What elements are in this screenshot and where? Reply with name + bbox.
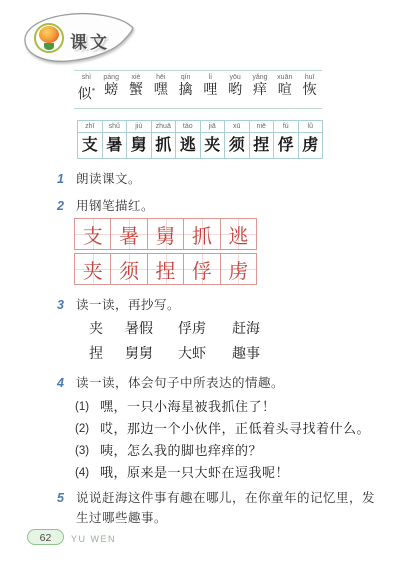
vocab-table-item: zhuā 抓	[152, 121, 177, 158]
sentence-item: (3) 咦，怎么我的脚也痒痒的？	[75, 440, 400, 462]
exercise-2: 2 用钢笔描红。	[57, 196, 376, 216]
tracing-cell: 逃	[221, 219, 256, 249]
tracing-cell: 抓	[184, 219, 220, 249]
tracing-cell: 舅	[148, 219, 184, 249]
vocab-line-item: xuān 喧	[273, 73, 297, 105]
vocab-table-item: shǔ 暑	[103, 121, 128, 158]
sentence-number: (4)	[75, 462, 100, 484]
copy-word: 暑假	[125, 320, 178, 340]
vocab-line-item: páng 螃	[99, 73, 123, 105]
sentence-number: (1)	[75, 396, 100, 418]
vocab-table-item: táo 逃	[176, 121, 201, 158]
logo-fruit-icon	[39, 26, 59, 43]
vocab-line-item: shì 似*	[74, 73, 98, 105]
sentence-item: (2) 哎，那边一个小伙伴，正低着头寻找着什么。	[75, 418, 400, 440]
vocab-line-item: li 哩	[198, 73, 222, 105]
logo-leaf-icon	[44, 43, 54, 50]
vocab-table-item: jiù 舅	[127, 121, 152, 158]
sentence-number: (3)	[75, 440, 100, 462]
exercise-text: 读一读，体会句子中所表达的情趣。	[76, 373, 284, 393]
exercise-text: 用钢笔描红。	[76, 196, 154, 216]
exercise-text: 读一读，再抄写。	[76, 295, 180, 315]
sentence-item: (4) 哦，原来是一只大虾在逗我呢！	[75, 462, 400, 484]
exercise-4: 4 读一读，体会句子中所表达的情趣。	[57, 373, 376, 393]
exercise-number: 5	[57, 488, 76, 528]
vocab-line-item: yōu 哟	[223, 73, 247, 105]
tracing-cell: 须	[111, 254, 147, 284]
vocab-table-item: jiā 夹	[201, 121, 226, 158]
copy-word: 趣事	[232, 345, 260, 365]
sentence-text: 咦，怎么我的脚也痒痒的？	[100, 440, 262, 462]
sentence-item: (1) 嘿，一只小海星被我抓住了！	[75, 396, 400, 418]
sentence-number: (2)	[75, 418, 100, 440]
vocab-table-item: fú 俘	[274, 121, 299, 158]
tracing-cell: 虏	[221, 254, 256, 284]
vocab-table-item: xū 须	[225, 121, 250, 158]
vocab-line-box: shì 似* páng 螃 xiè 蟹 hēi 嘿 qín 擒 li 哩 yōu…	[74, 70, 322, 109]
tracing-grid-row: 夹 须 捏 俘 虏	[74, 253, 257, 285]
section-header: 课文	[20, 12, 142, 68]
sentence-list: (1) 嘿，一只小海星被我抓住了！ (2) 哎，那边一个小伙伴，正低着头寻找着什…	[0, 396, 400, 484]
vocab-line-item: hēi 嘿	[149, 73, 173, 105]
copy-words-row: 夹 暑假 俘虏 赶海	[89, 320, 400, 340]
copy-words-row: 捏 舅舅 大虾 趣事	[89, 345, 400, 365]
section-title: 课文	[70, 28, 110, 53]
publisher-logo-icon	[34, 23, 64, 53]
exercise-1: 1 朗读课文。	[57, 169, 376, 189]
textbook-page: 课文 shì 似* páng 螃 xiè 蟹 hēi 嘿 qín 擒 li 哩 …	[0, 0, 400, 569]
exercise-list: 1 朗读课文。 2 用钢笔描红。 支 暑 舅 抓 逃 夹 须 捏 俘 虏	[0, 163, 400, 528]
vocab-line-item: huī 恢	[298, 73, 322, 105]
vocab-table-box: zhī 支 shǔ 暑 jiù 舅 zhuā 抓 táo 逃 jiā 夹 xū …	[77, 120, 323, 159]
copy-word: 俘虏	[178, 320, 232, 340]
vocab-table-item: lǔ 虏	[299, 121, 323, 158]
exercise-number: 2	[57, 196, 76, 216]
exercise-5: 5 说说赶海这件事有趣在哪儿，在你童年的记忆里，发生过哪些趣事。	[57, 488, 376, 528]
exercise-number: 1	[57, 169, 76, 189]
vocab-table-item: niē 捏	[250, 121, 275, 158]
copy-word: 大虾	[178, 345, 232, 365]
tracing-cell: 暑	[111, 219, 147, 249]
tracing-cell: 俘	[184, 254, 220, 284]
tracing-grid: 支 暑 舅 抓 逃 夹 须 捏 俘 虏	[74, 218, 258, 285]
exercise-text: 说说赶海这件事有趣在哪儿，在你童年的记忆里，发生过哪些趣事。	[76, 488, 376, 528]
exercise-text: 朗读课文。	[76, 169, 141, 189]
sentence-text: 哎，那边一个小伙伴，正低着头寻找着什么。	[100, 418, 370, 440]
vocab-line-item: yǎng 痒	[248, 73, 272, 105]
tracing-cell: 捏	[148, 254, 184, 284]
exercise-3: 3 读一读，再抄写。	[57, 295, 376, 315]
vocab-line-item: qín 擒	[174, 73, 198, 105]
copy-word: 赶海	[232, 320, 260, 340]
sentence-text: 嘿，一只小海星被我抓住了！	[100, 396, 276, 418]
copy-word: 夹	[89, 320, 125, 340]
copy-word: 舅舅	[125, 345, 178, 365]
vocab-table-item: zhī 支	[78, 121, 103, 158]
footnote-star: *	[92, 87, 96, 95]
vocab-line-item: xiè 蟹	[124, 73, 148, 105]
exercise-number: 4	[57, 373, 76, 393]
subject-label: YU WEN	[71, 534, 116, 544]
tracing-cell: 支	[75, 219, 111, 249]
tracing-grid-row: 支 暑 舅 抓 逃	[74, 218, 257, 250]
copy-word: 捏	[89, 345, 125, 365]
tracing-cell: 夹	[75, 254, 111, 284]
page-number-badge: 62	[27, 529, 64, 545]
exercise-number: 3	[57, 295, 76, 315]
sentence-text: 哦，原来是一只大虾在逗我呢！	[100, 462, 289, 484]
